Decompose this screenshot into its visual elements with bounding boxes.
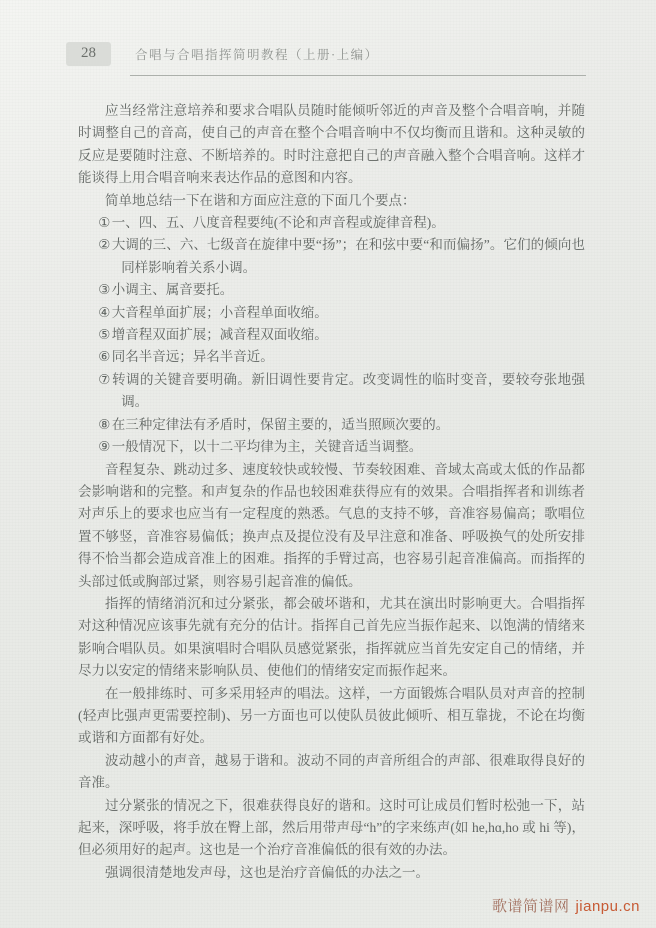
list-intro: 简单地总结一下在谐和方面应注意的下面几个要点： — [78, 190, 585, 212]
page-number: 28 — [66, 42, 111, 66]
list-item-text: 一、四、五、八度音程要纯(不论和声音程或旋律音程)。 — [112, 215, 445, 230]
running-header-title: 合唱与合唱指挥简明教程（上册·上编） — [135, 48, 379, 62]
paragraph: 应当经常注意培养和要求合唱队员随时能倾听邻近的声音及整个合唱音响，并随时调整自己… — [78, 100, 585, 190]
body-text: 应当经常注意培养和要求合唱队员随时能倾听邻近的声音及整个合唱音响，并随时调整自己… — [78, 100, 585, 884]
watermark-site-url: jianpu.cn — [575, 898, 640, 915]
list-item: ⑥同名半音远；异名半音近。 — [78, 346, 585, 368]
list-marker: ② — [98, 237, 110, 252]
list-item-text: 转调的关键音要明确。新旧调性要肯定。改变调性的临时变音，要较夸张地强调。 — [112, 372, 585, 409]
list-item-text: 同名半音远；异名半音近。 — [112, 349, 274, 364]
paragraph: 在一般排练时、可多采用轻声的唱法。这样，一方面锻炼合唱队员对声音的控制(轻声比强… — [78, 683, 585, 750]
list-marker: ① — [98, 215, 110, 230]
list-item: ⑨一般情况下，以十二平均律为主，关键音适当调整。 — [78, 436, 585, 458]
list-marker: ⑨ — [98, 439, 110, 454]
list-item-text: 大调的三、六、七级音在旋律中要“扬”；在和弦中要“和而偏扬”。它们的倾向也同样影… — [112, 237, 585, 274]
paragraph: 音程复杂、跳动过多、速度较快或较慢、节奏较困难、音域太高或太低的作品都会影响谐和… — [78, 459, 585, 593]
list-item-text: 增音程双面扩展；减音程双面收缩。 — [112, 327, 328, 342]
book-page: 28合唱与合唱指挥简明教程（上册·上编） 应当经常注意培养和要求合唱队员随时能倾… — [0, 0, 656, 928]
list-marker: ③ — [98, 282, 110, 297]
list-item-text: 大音程单面扩展；小音程单面收缩。 — [112, 305, 328, 320]
list-item-text: 一般情况下，以十二平均律为主，关键音适当调整。 — [112, 439, 423, 454]
list-marker: ⑧ — [98, 417, 110, 432]
list-item: ①一、四、五、八度音程要纯(不论和声音程或旋律音程)。 — [78, 212, 585, 234]
list-item-text: 小调主、属音要托。 — [112, 282, 234, 297]
paragraph: 强调很清楚地发声母，这也是治疗音偏低的办法之一。 — [78, 862, 585, 884]
list-item: ③小调主、属音要托。 — [78, 279, 585, 301]
list-item: ②大调的三、六、七级音在旋律中要“扬”；在和弦中要“和而偏扬”。它们的倾向也同样… — [78, 234, 585, 279]
key-points-list: ①一、四、五、八度音程要纯(不论和声音程或旋律音程)。 ②大调的三、六、七级音在… — [78, 212, 585, 458]
list-marker: ④ — [98, 305, 110, 320]
header-rule — [130, 75, 586, 76]
list-item: ⑦转调的关键音要明确。新旧调性要肯定。改变调性的临时变音，要较夸张地强调。 — [78, 369, 585, 414]
list-item: ⑤增音程双面扩展；减音程双面收缩。 — [78, 324, 585, 346]
list-item-text: 在三种定律法有矛盾时，保留主要的，适当照顾次要的。 — [112, 417, 450, 432]
list-marker: ⑤ — [98, 327, 110, 342]
paragraph: 指挥的情绪消沉和过分紧张，都会破坏谐和，尤其在演出时影响更大。合唱指挥对这种情况… — [78, 593, 585, 683]
list-marker: ⑥ — [98, 349, 110, 364]
paragraph: 过分紧张的情况之下，很难获得良好的谐和。这时可让成员们暂时松弛一下，站起来，深呼… — [78, 795, 585, 862]
list-marker: ⑦ — [98, 372, 111, 387]
page-header: 28合唱与合唱指挥简明教程（上册·上编） — [66, 42, 586, 78]
list-item: ⑧在三种定律法有矛盾时，保留主要的，适当照顾次要的。 — [78, 414, 585, 436]
site-watermark: 歌谱简谱网jianpu.cn — [492, 895, 640, 916]
paragraph: 波动越小的声音，越易于谐和。波动不同的声音所组合的声部、很难取得良好的音准。 — [78, 750, 585, 795]
list-item: ④大音程单面扩展；小音程单面收缩。 — [78, 302, 585, 324]
watermark-site-name: 歌谱简谱网 — [492, 898, 570, 915]
